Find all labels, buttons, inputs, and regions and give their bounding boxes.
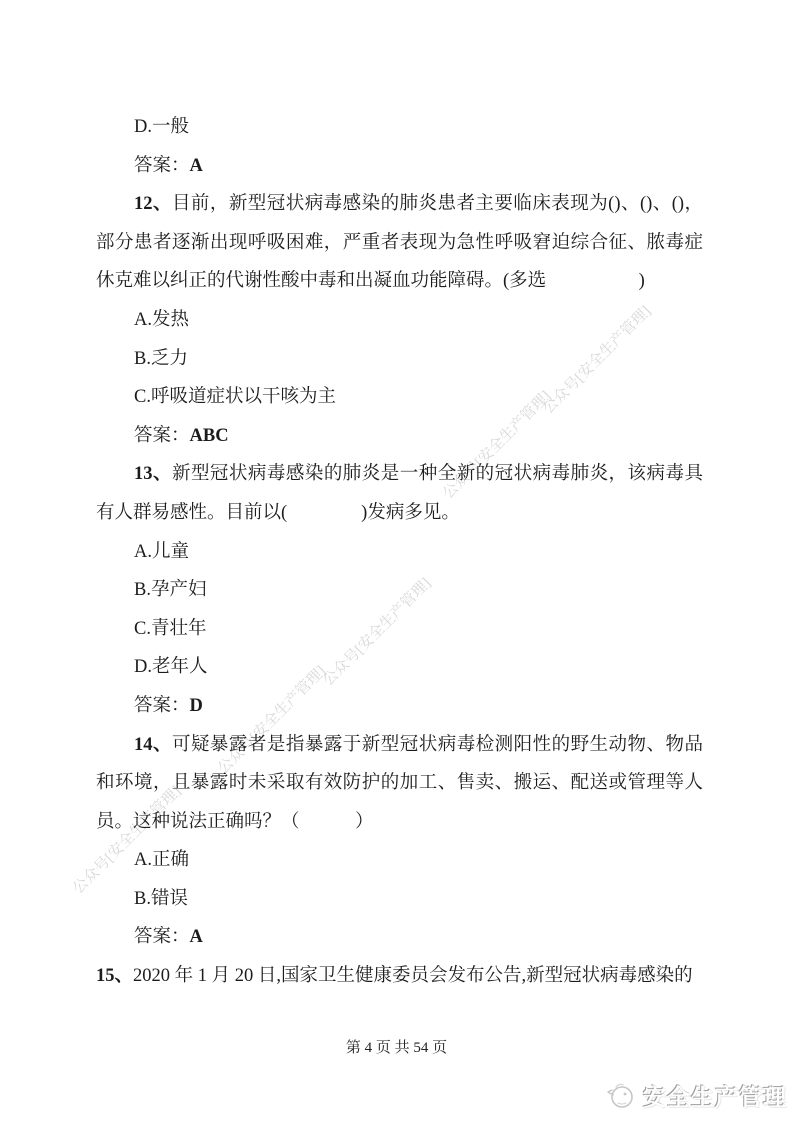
question-line: 有人群易感性。目前以( )发病多见。 — [96, 494, 703, 533]
brand-watermark: 安全生产管理 — [604, 1078, 787, 1112]
answer-line: 答案：ABC — [96, 417, 703, 456]
question-line: 员。这种说法正确吗？（ ） — [96, 803, 703, 842]
answer-line: 答案：D — [96, 687, 703, 726]
question-line: 和环境，且暴露时未采取有效防护的加工、售卖、搬运、配送或管理等人 — [96, 764, 703, 803]
question-line: 15、2020 年 1 月 20 日,国家卫生健康委员会发布公告,新型冠状病毒感… — [96, 957, 703, 996]
option-line: B.孕产妇 — [96, 571, 703, 610]
question-line: 13、新型冠状病毒感染的肺炎是一种全新的冠状病毒肺炎，该病毒具 — [96, 455, 703, 494]
brand-name: 安全生产管理 — [643, 1079, 787, 1112]
question-line: 14、可疑暴露者是指暴露于新型冠状病毒检测阳性的野生动物、物品 — [96, 726, 703, 765]
option-line: C.青壮年 — [96, 610, 703, 649]
question-line: 部分患者逐渐出现呼吸困难，严重者表现为急性呼吸窘迫综合征、脓毒症 — [96, 224, 703, 263]
option-line: D.老年人 — [96, 648, 703, 687]
mascot-logo-icon — [604, 1078, 638, 1112]
option-line: A.正确 — [96, 841, 703, 880]
document-page: 公众号[安全生产管理] 公众号[安全生产管理] 公众号[安全生产管理] 公众号[… — [0, 0, 793, 1122]
page-footer: 第 4 页 共 54 页 — [0, 1036, 793, 1057]
option-line: B.乏力 — [96, 340, 703, 379]
option-line: D.一般 — [96, 108, 703, 147]
question-line: 休克难以纠正的代谢性酸中毒和出凝血功能障碍。(多选 ) — [96, 262, 703, 301]
question-line: 12、目前，新型冠状病毒感染的肺炎患者主要临床表现为()、()、()， — [96, 185, 703, 224]
answer-line: 答案：A — [96, 147, 703, 186]
option-line: C.呼吸道症状以干咳为主 — [96, 378, 703, 417]
document-body: D.一般 答案：A 12、目前，新型冠状病毒感染的肺炎患者主要临床表现为()、(… — [96, 108, 703, 996]
answer-line: 答案：A — [96, 918, 703, 957]
option-line: A.儿童 — [96, 533, 703, 572]
option-line: B.错误 — [96, 880, 703, 919]
option-line: A.发热 — [96, 301, 703, 340]
